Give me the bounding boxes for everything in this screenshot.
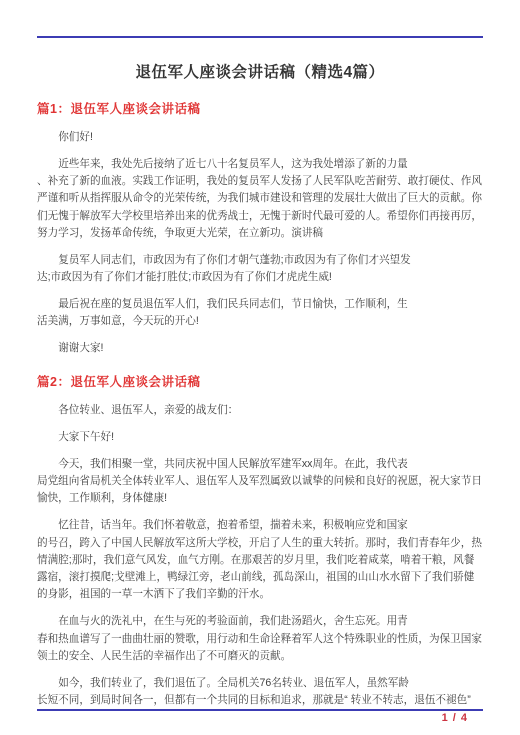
paragraph: 在血与火的洗礼中，在生与死的考验面前，我们赴汤蹈火，舍生忘死。用青春和热血谱写了… [37,613,483,665]
paragraph-first-line: 在血与火的洗礼中，在生与死的考验面前，我们赴汤蹈火，舍生忘死。用青 [37,613,483,630]
paragraph: 近些年来，我处先后接纳了近七八十名复员军人，这为我处增添了新的力量、补充了新的血… [37,156,483,242]
paragraph-continuation: 长短不同，到局时间各一，但都有一个共同的目标和追求，那就是“ 转业不转志，退伍不… [37,692,483,709]
paragraph-first-line: 谢谢大家! [37,340,483,357]
paragraph-first-line: 各位转业、退伍军人，亲爱的战友们： [37,402,483,419]
section-heading: 篇2：退伍军人座谈会讲话稿 [37,375,483,390]
paragraph: 如今，我们转业了，我们退伍了。全局机关76名转业、退伍军人，虽然军龄长短不同，到… [37,675,483,710]
paragraph-first-line: 今天，我们相聚一堂，共同庆祝中国人民解放军建军xx周年。在此，我代表 [37,456,483,473]
paragraph: 你们好! [37,129,483,146]
paragraph-first-line: 你们好! [37,129,483,146]
paragraph-continuation: 活美满，万事如意，今天玩的开心! [37,313,483,330]
paragraph-continuation: 达;市政因为有了你们才能打胜仗;市政因为有了你们才虎虎生威! [37,269,483,286]
paragraph-first-line: 最后祝在座的复员退伍军人们，我们民兵同志们，节日愉快，工作顺利，生 [37,296,483,313]
paragraph-first-line: 近些年来，我处先后接纳了近七八十名复员军人，这为我处增添了新的力量 [37,156,483,173]
paragraph-first-line: 如今，我们转业了，我们退伍了。全局机关76名转业、退伍军人，虽然军龄 [37,675,483,692]
paragraph-continuation: 春和热血谱写了一曲曲壮丽的赞歌，用行动和生命诠释着军人这个特殊职业的性质，为保卫… [37,631,483,666]
paragraph: 各位转业、退伍军人，亲爱的战友们： [37,402,483,419]
top-divider [37,36,483,38]
bottom-divider [37,709,483,711]
paragraph-continuation: 、补充了新的血液。实践工作证明，我处的复员军人发扬了人民军队吃苦耐劳、敢打硬仗、… [37,173,483,242]
page-number: 1 / 4 [442,712,468,724]
section-heading: 篇1：退伍军人座谈会讲话稿 [37,102,483,117]
paragraph: 今天，我们相聚一堂，共同庆祝中国人民解放军建军xx周年。在此，我代表局党组向省局… [37,456,483,508]
paragraph-continuation: 局党组向省局机关全体转业军人、退伍军人及军烈属致以诚挚的问候和良好的祝愿，祝大家… [37,473,483,508]
paragraph: 大家下午好! [37,429,483,446]
paragraph-continuation: 的号召，跨入了中国人民解放军这所大学校，开启了人生的重大转折。那时，我们青春年少… [37,535,483,604]
document-title: 退伍军人座谈会讲话稿（精选4篇） [37,64,483,82]
document-body: 篇1：退伍军人座谈会讲话稿你们好!近些年来，我处先后接纳了近七八十名复员军人，这… [37,102,483,709]
paragraph: 复员军人同志们，市政因为有了你们才朝气蓬勃;市政因为有了你们才兴望发达;市政因为… [37,252,483,287]
document-page: 退伍军人座谈会讲话稿（精选4篇） 篇1：退伍军人座谈会讲话稿你们好!近些年来，我… [0,0,520,735]
paragraph: 最后祝在座的复员退伍军人们，我们民兵同志们，节日愉快，工作顺利，生活美满，万事如… [37,296,483,331]
paragraph: 谢谢大家! [37,340,483,357]
paragraph: 忆往昔，话当年。我们怀着敬意，抱着希望，揣着未来，积极响应党和国家的号召，跨入了… [37,517,483,603]
paragraph-first-line: 复员军人同志们，市政因为有了你们才朝气蓬勃;市政因为有了你们才兴望发 [37,252,483,269]
paragraph-first-line: 大家下午好! [37,429,483,446]
paragraph-first-line: 忆往昔，话当年。我们怀着敬意，抱着希望，揣着未来，积极响应党和国家 [37,517,483,534]
